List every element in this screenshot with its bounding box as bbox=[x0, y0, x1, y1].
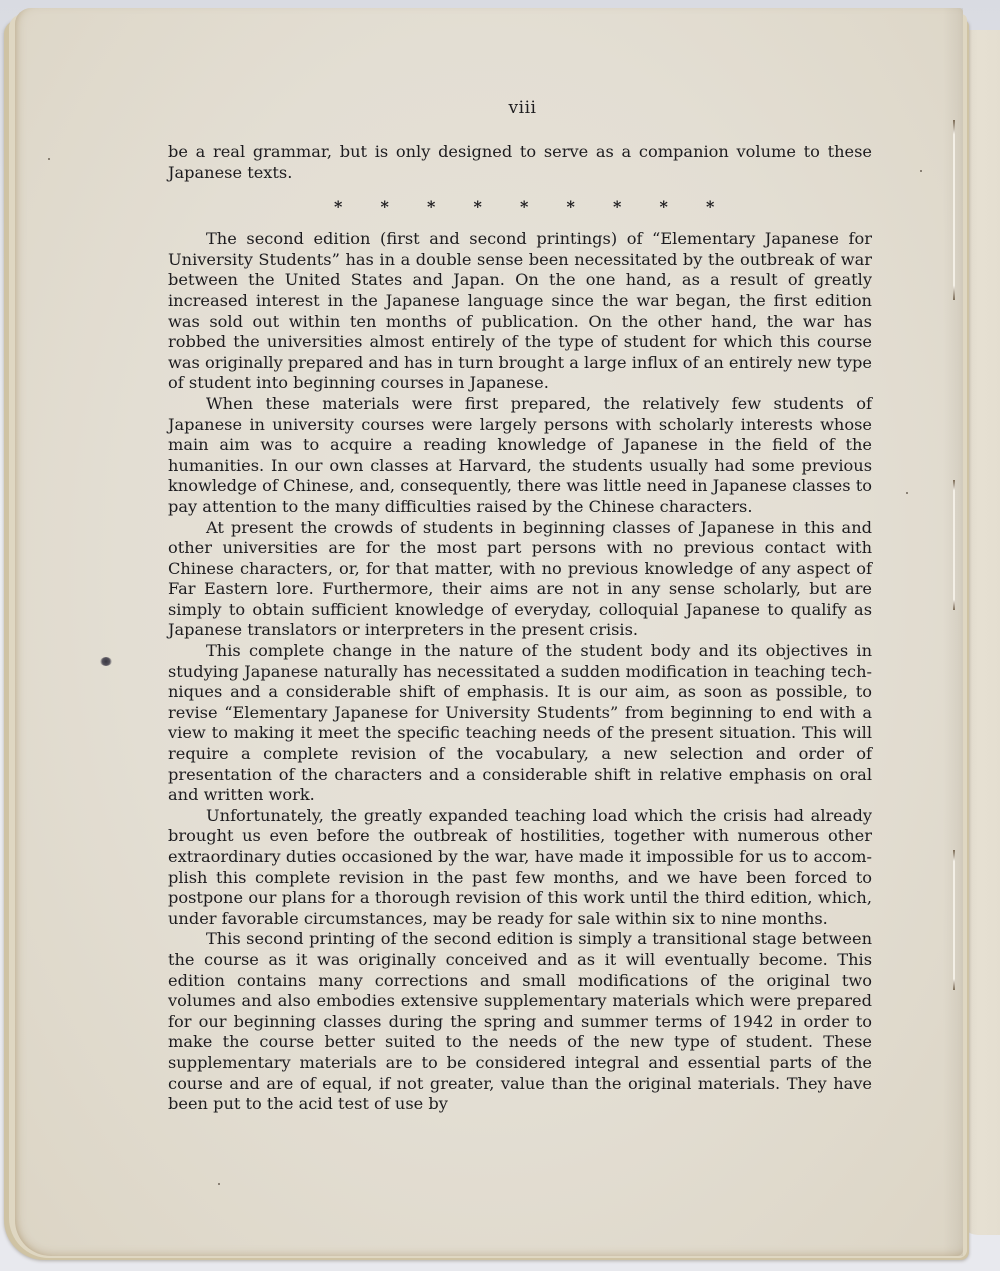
paper-speck bbox=[920, 170, 922, 172]
asterisk: * bbox=[613, 197, 660, 217]
paper-speck bbox=[218, 1183, 220, 1185]
paragraph-continuation: be a real grammar, but is only designed … bbox=[168, 142, 872, 183]
paragraph-complete-change: This complete change in the nature of th… bbox=[168, 641, 872, 806]
paper-speck bbox=[906, 492, 908, 494]
asterisk: * bbox=[520, 197, 567, 217]
ink-blot-mark bbox=[100, 657, 112, 666]
paragraph-second-printing: This second printing of the second editi… bbox=[168, 929, 872, 1114]
binding-thread bbox=[953, 850, 955, 990]
paragraph-at-present: At present the crowds of students in beg… bbox=[168, 518, 872, 642]
asterisk: * bbox=[334, 197, 381, 217]
asterisk: * bbox=[706, 197, 753, 217]
paper-speck bbox=[48, 158, 50, 160]
asterisk: * bbox=[660, 197, 707, 217]
paragraph-unfortunately: Unfortunately, the greatly expanded teac… bbox=[168, 806, 872, 930]
binding-thread bbox=[953, 480, 955, 610]
body-text: be a real grammar, but is only designed … bbox=[168, 142, 872, 1115]
asterisk: * bbox=[381, 197, 428, 217]
asterisk: * bbox=[567, 197, 614, 217]
paragraph-first-prepared: When these materials were first prepared… bbox=[168, 394, 872, 518]
asterisk: * bbox=[474, 197, 521, 217]
asterisk: * bbox=[427, 197, 474, 217]
paragraph-second-edition: The second edition (first and second pri… bbox=[168, 229, 872, 394]
binding-thread bbox=[953, 120, 955, 300]
page-number: viii bbox=[0, 98, 1000, 118]
section-separator: * * * * * * * * * bbox=[334, 197, 872, 217]
